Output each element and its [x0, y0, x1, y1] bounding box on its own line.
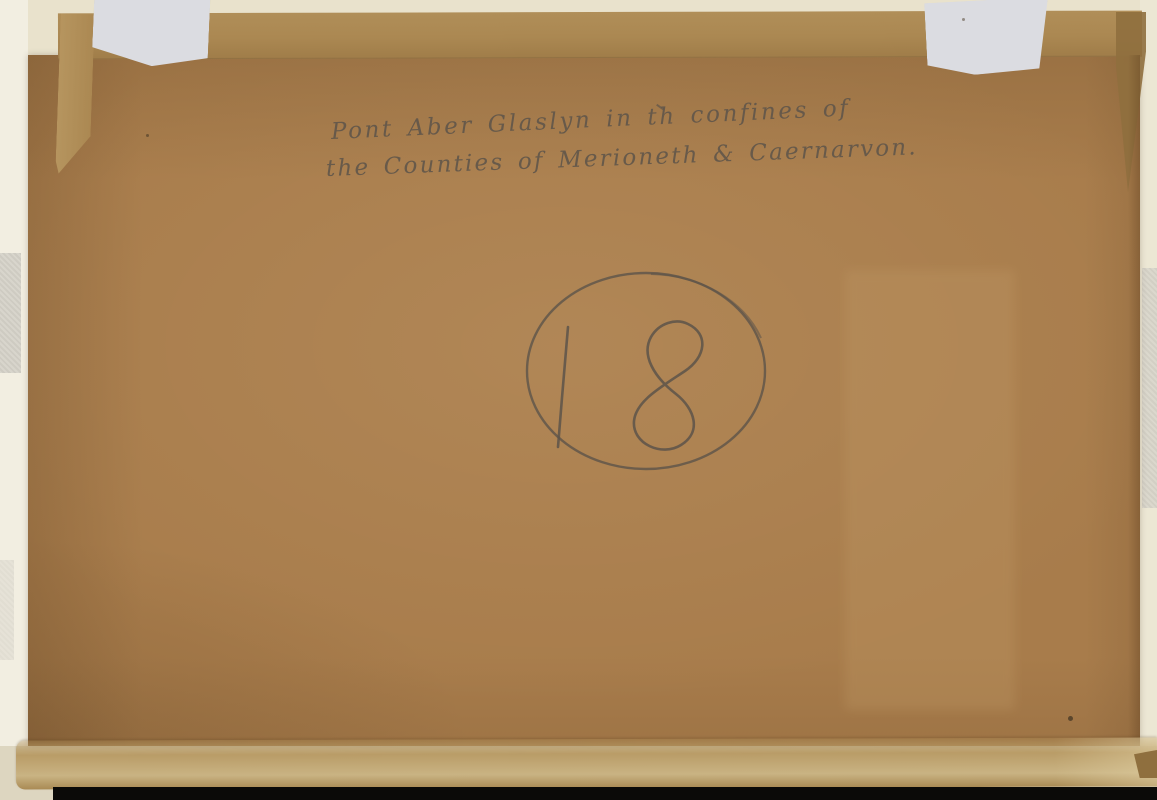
- scan-edge-texture-left: [0, 253, 21, 373]
- scan-edge-texture-right: [1142, 268, 1157, 508]
- scan-edge-texture-left-lower: [0, 560, 14, 660]
- tape-speck: [962, 18, 965, 21]
- paper-right-edge-shadow: [1128, 55, 1140, 746]
- photo-of-artwork-verso: Pont Aber Glaslyn in th confines of the …: [0, 0, 1157, 800]
- pencil-circle-drawing: [513, 258, 783, 483]
- pencil-digit-1: [558, 327, 568, 447]
- white-tape-top-right: [924, 0, 1052, 77]
- pencil-ellipse-double-stroke: [651, 274, 761, 338]
- paper-speck: [146, 134, 149, 137]
- pencil-ellipse: [527, 273, 765, 469]
- gummed-tape-bottom: [16, 738, 1157, 790]
- pencil-digit-8: [634, 322, 702, 450]
- black-strip-bottom: [53, 787, 1157, 800]
- paper-speck: [1068, 716, 1073, 721]
- backdrop-left-margin: [0, 0, 28, 800]
- faint-rectangular-impression: [845, 270, 1015, 710]
- circled-number: 18: [513, 258, 783, 483]
